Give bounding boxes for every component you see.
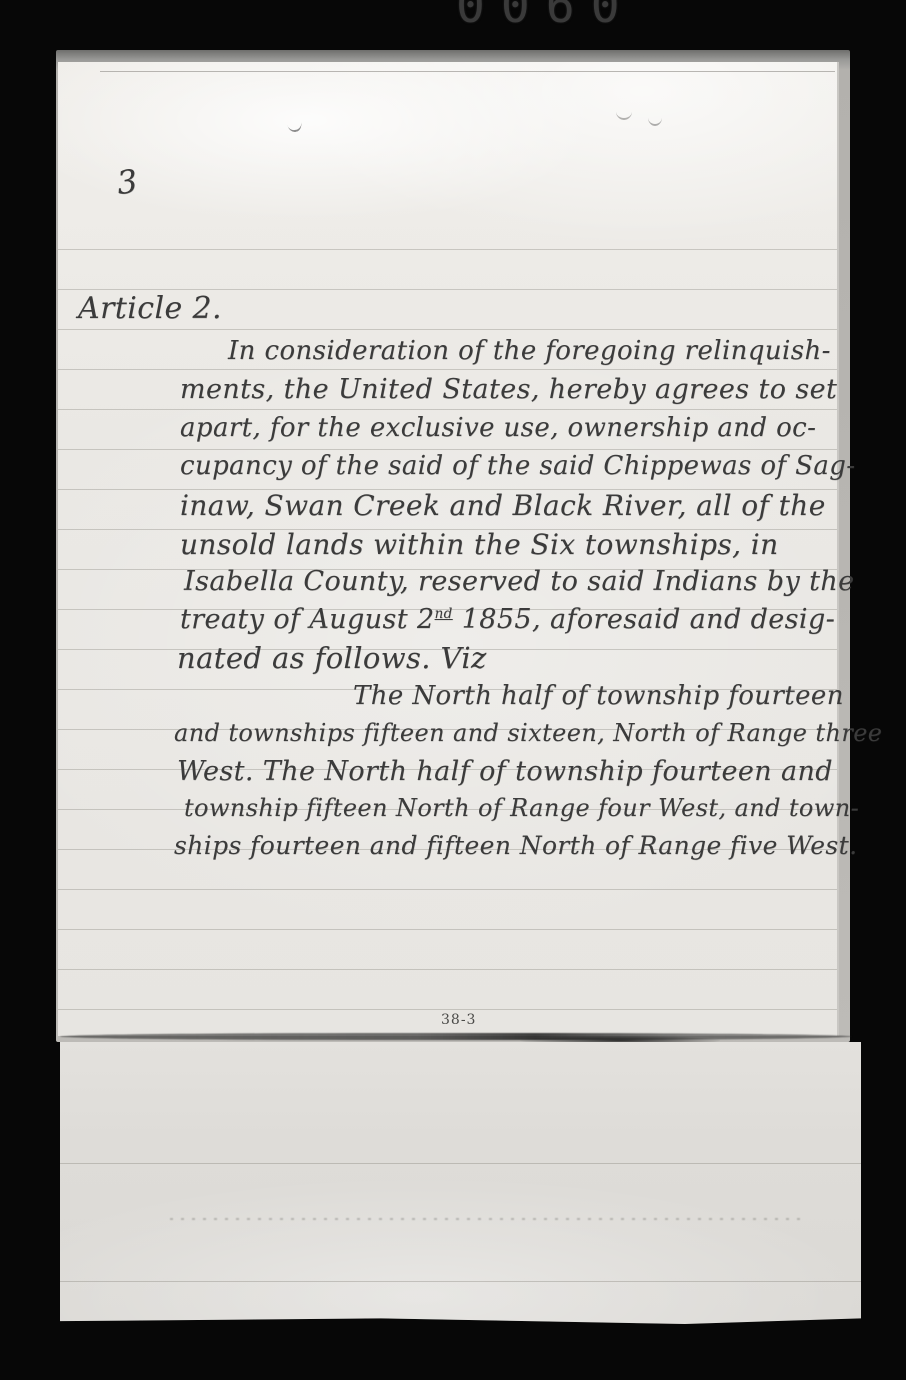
- text-line: inaw, Swan Creek and Black River, all of…: [180, 489, 826, 522]
- text-line: In consideration of the foregoing relinq…: [228, 336, 831, 366]
- page-bottom-seam: [60, 1033, 852, 1040]
- text-line: apart, for the exclusive use, ownership …: [180, 413, 816, 443]
- footer-pencil-mark: 38-3: [441, 1012, 476, 1028]
- page-top-edge-line: [100, 71, 835, 72]
- ordinal-superscript: nd: [435, 606, 453, 622]
- text-line: ships fourteen and fifteen North of Rang…: [174, 831, 857, 860]
- text-line: Isabella County, reserved to said Indian…: [184, 566, 855, 597]
- text-line-part: treaty of August 2: [180, 604, 435, 635]
- article-heading: Article 2.: [78, 291, 222, 326]
- microfilm-frame-number: 0060: [456, 0, 636, 34]
- blank-under-sheet: [60, 1042, 861, 1324]
- text-line: and townships fifteen and sixteen, North…: [174, 719, 882, 747]
- bleed-through-smudge: [170, 1218, 801, 1220]
- text-line-part: 1855, aforesaid and desig-: [453, 604, 835, 635]
- text-line: West. The North half of township fourtee…: [177, 756, 833, 787]
- page-number: 3: [115, 162, 140, 202]
- text-line: ments, the United States, hereby agrees …: [180, 374, 837, 405]
- ruled-line: [60, 1163, 861, 1164]
- text-line: treaty of August 2nd 1855, aforesaid and…: [180, 604, 835, 635]
- text-line: nated as follows. Viz: [177, 641, 487, 675]
- text-line: The North half of township fourteen: [353, 681, 844, 711]
- text-line: unsold lands within the Six townships, i…: [180, 528, 779, 561]
- scanned-document-frame: 0060 3 Article 2. In consideration of th…: [0, 0, 906, 1380]
- text-line: cupancy of the said of the said Chippewa…: [180, 451, 856, 481]
- ruled-line: [60, 1281, 861, 1282]
- text-line: township fifteen North of Range four Wes…: [184, 794, 859, 822]
